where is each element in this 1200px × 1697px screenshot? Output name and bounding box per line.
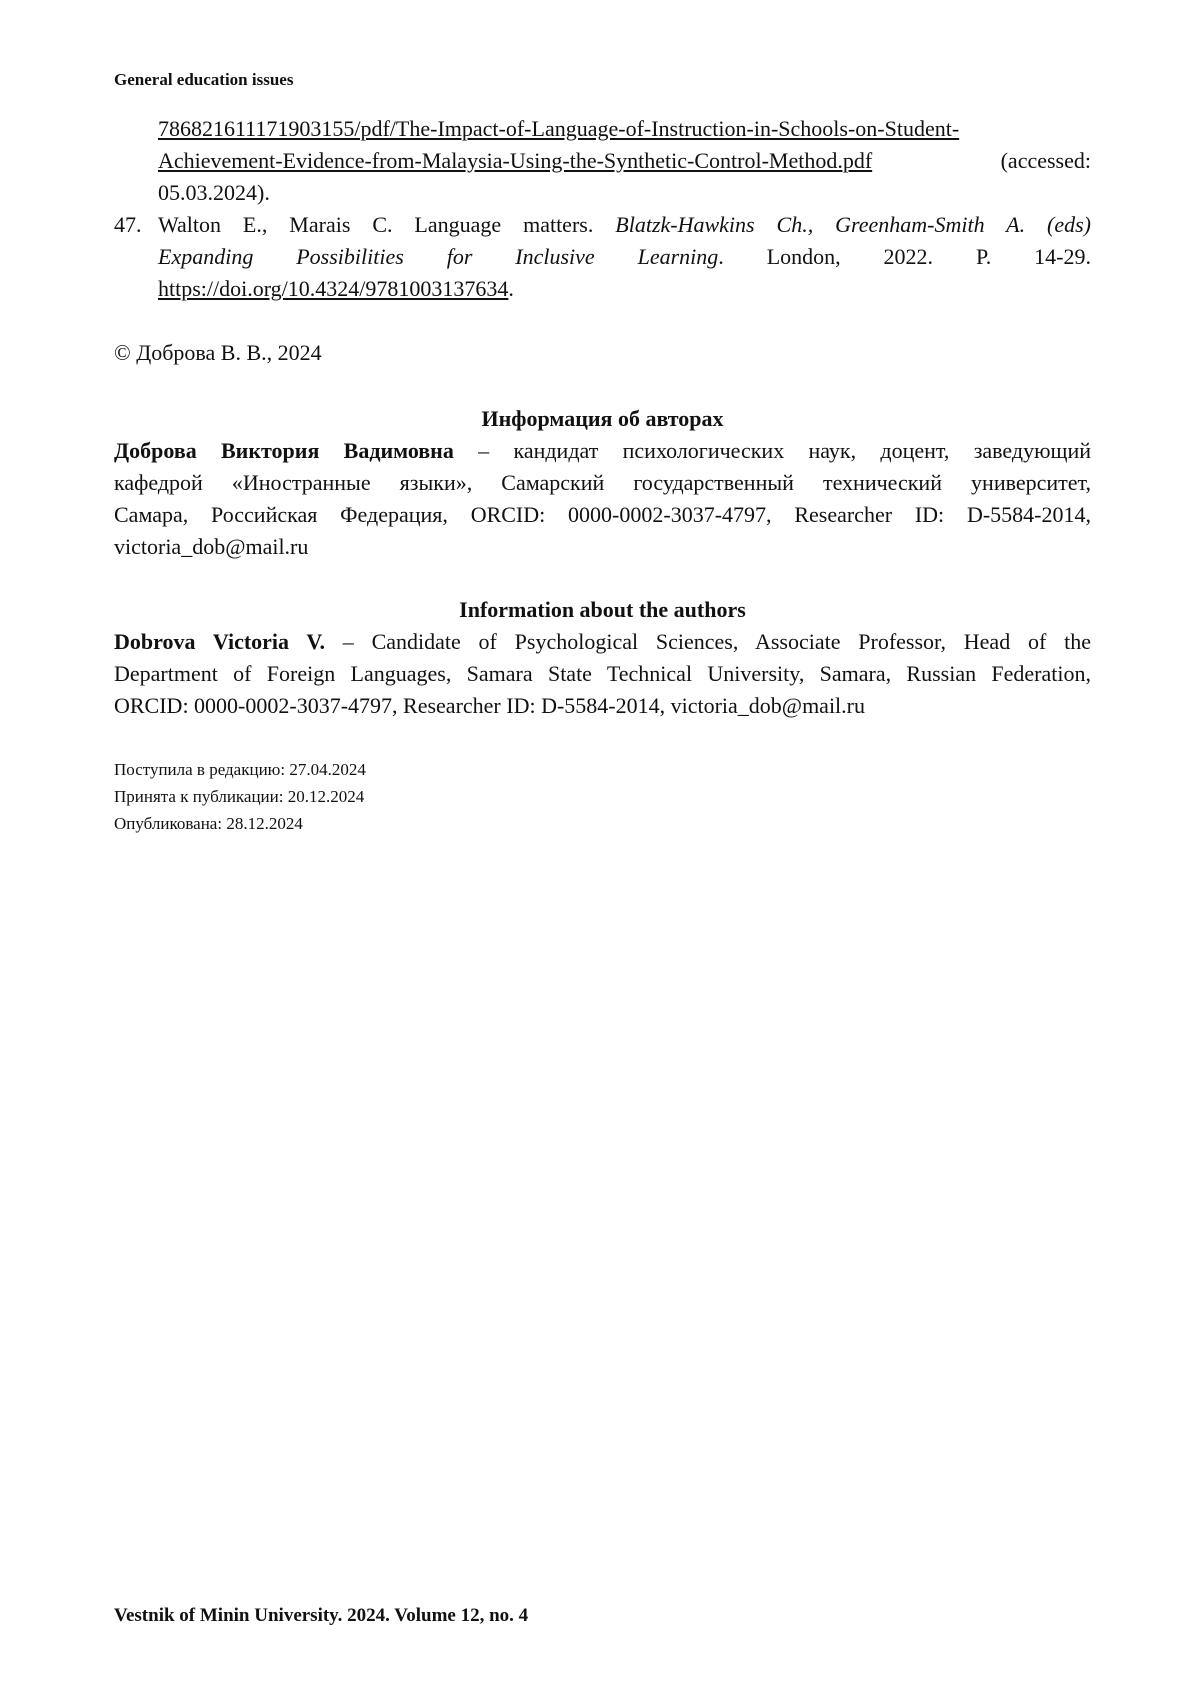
author-bio-en-line-1: Dobrova Victoria V. – Candidate of Psych… xyxy=(114,626,1091,658)
reference-continuation: 786821611171903155/pdf/The-Impact-of-Lan… xyxy=(114,113,1091,209)
authors-info-en: Information about the authors Dobrova Vi… xyxy=(114,594,1091,722)
running-header: General education issues xyxy=(114,70,293,90)
reference-url-link-part-2[interactable]: Achievement-Evidence-from-Malaysia-Using… xyxy=(158,148,872,173)
date-published: Опубликована: 28.12.2024 xyxy=(114,810,366,837)
reference-publication: . London, 2022. P. 14-29. xyxy=(718,244,1091,269)
accessed-date: 05.03.2024). xyxy=(158,177,1091,209)
reference-authors: Walton E., Marais C. Language matters. xyxy=(158,212,593,237)
reference-url-line-2: Achievement-Evidence-from-Malaysia-Using… xyxy=(158,145,1091,177)
reference-item: 47. Walton E., Marais C. Language matter… xyxy=(114,209,1091,305)
authors-heading-ru: Информация об авторах xyxy=(114,403,1091,435)
author-bio-ru-text-1: – кандидат психологических наук, доцент,… xyxy=(454,438,1091,463)
reference-book-title: Expanding Possibilities for Inclusive Le… xyxy=(158,244,718,269)
author-bio-en-line-3: ORCID: 0000-0002-3037-4797, Researcher I… xyxy=(114,690,1091,722)
date-received: Поступила в редакцию: 27.04.2024 xyxy=(114,756,366,783)
publication-dates: Поступила в редакцию: 27.04.2024 Принята… xyxy=(114,756,366,837)
reference-number: 47. xyxy=(114,209,142,241)
authors-info-ru: Информация об авторах Доброва Виктория В… xyxy=(114,403,1091,563)
author-name-en: Dobrova Victoria V. xyxy=(114,629,325,654)
author-name-ru: Доброва Виктория Вадимовна xyxy=(114,438,454,463)
reference-url-link-part-1[interactable]: 786821611171903155/pdf/The-Impact-of-Lan… xyxy=(158,116,959,141)
reference-line-2: Expanding Possibilities for Inclusive Le… xyxy=(158,241,1091,273)
reference-list: 786821611171903155/pdf/The-Impact-of-Lan… xyxy=(114,113,1091,305)
author-bio-en-text-1: – Candidate of Psychological Sciences, A… xyxy=(325,629,1091,654)
authors-heading-en: Information about the authors xyxy=(114,594,1091,626)
author-bio-ru-line-2: кафедрой «Иностранные языки», Самарский … xyxy=(114,467,1091,499)
author-bio-ru-line-3: Самара, Российская Федерация, ORCID: 000… xyxy=(114,499,1091,531)
reference-url-line-1: 786821611171903155/pdf/The-Impact-of-Lan… xyxy=(158,113,1091,145)
author-bio-ru-line-1: Доброва Виктория Вадимовна – кандидат пс… xyxy=(114,435,1091,467)
author-email-ru: victoria_dob@mail.ru xyxy=(114,531,1091,563)
accessed-label: (accessed: xyxy=(1001,148,1091,173)
journal-footer: Vestnik of Minin University. 2024. Volum… xyxy=(114,1605,528,1627)
reference-doi-suffix: . xyxy=(508,276,514,301)
date-accepted: Принята к публикации: 20.12.2024 xyxy=(114,783,366,810)
reference-editors: Blatzk-Hawkins Ch., Greenham-Smith A. (e… xyxy=(615,212,1091,237)
reference-line-1: Walton E., Marais C. Language matters. B… xyxy=(158,209,1091,241)
author-bio-en-line-2: Department of Foreign Languages, Samara … xyxy=(114,658,1091,690)
reference-line-3: https://doi.org/10.4324/9781003137634. xyxy=(158,273,1091,305)
reference-doi-link[interactable]: https://doi.org/10.4324/9781003137634 xyxy=(158,276,508,301)
copyright-notice: © Доброва В. В., 2024 xyxy=(114,340,322,366)
